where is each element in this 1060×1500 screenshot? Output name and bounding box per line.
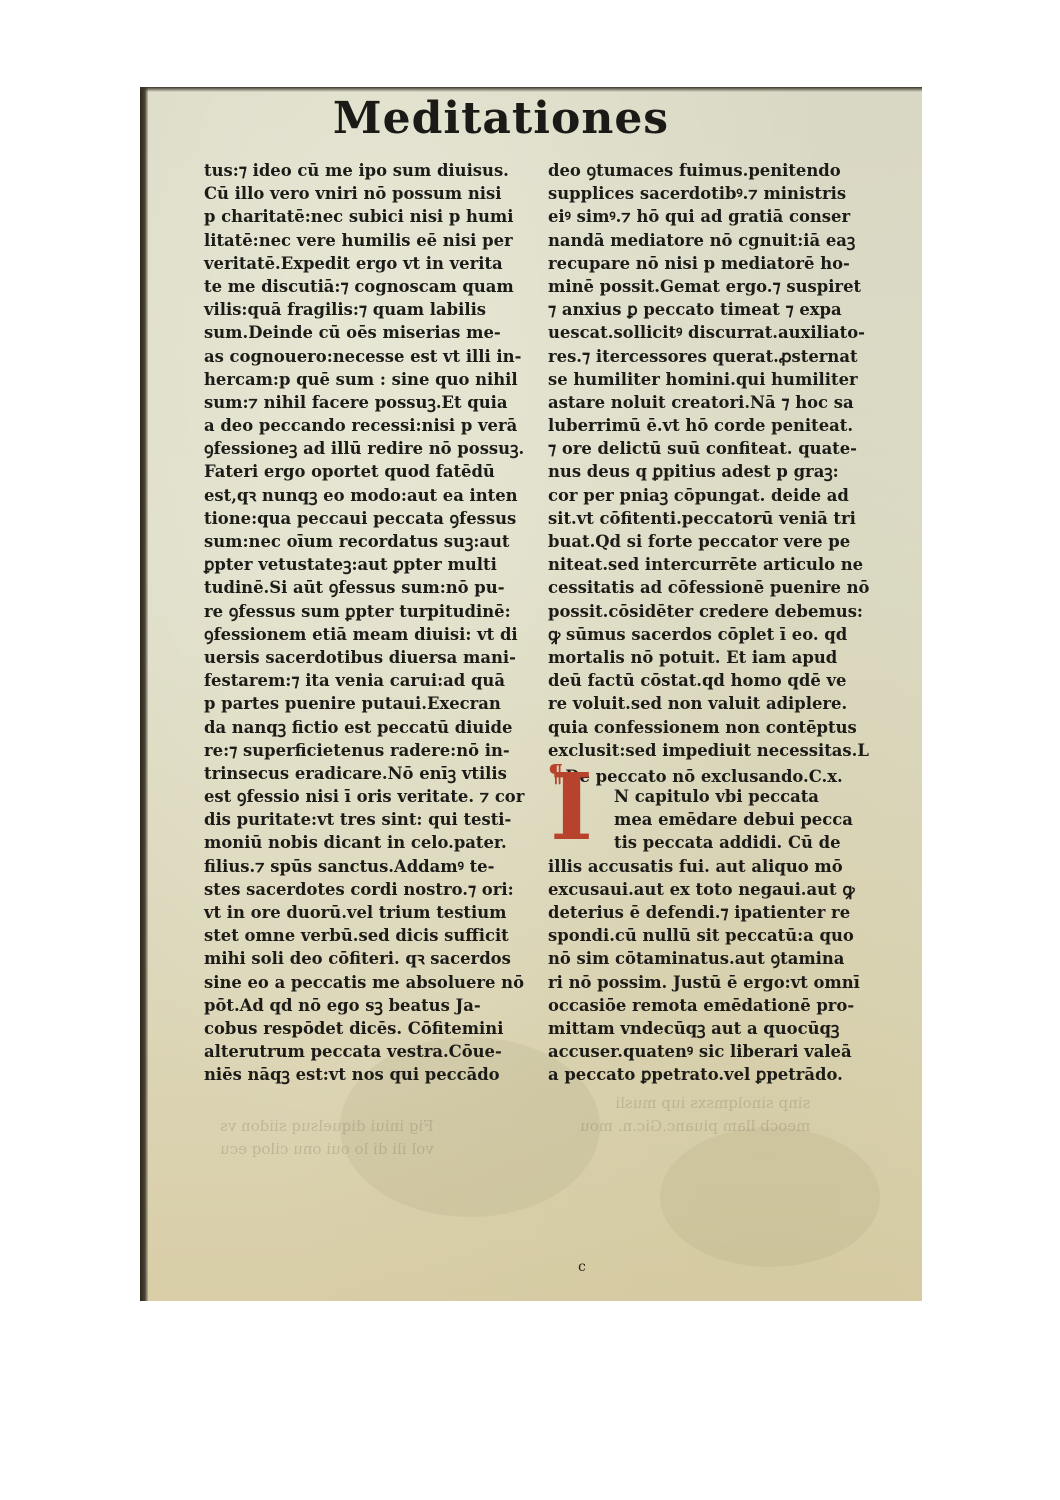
text-line: ⁊ anxius ꝑ peccato timeat ⁊ expa xyxy=(548,298,888,321)
initial-block-lines: N capitulo vbi peccatamea emēdare debui … xyxy=(614,785,888,855)
text-line: trinsecus eradicare.Nō enīꝫ vtilis xyxy=(204,762,544,785)
top-edge-shadow xyxy=(140,87,922,92)
text-line: Fateri ergo oportet quod fatēdū xyxy=(204,460,544,483)
text-line: nō sim cōtaminatus.aut ꝯtamina xyxy=(548,947,888,970)
text-line: filius.⁊ spūs sanctus.Addamꝰ te- xyxy=(204,855,544,878)
right-column-text-after-initial: illis accusatis fui. aut aliquo mōexcusa… xyxy=(548,855,888,1087)
text-line: mittam vndecūqꝫ aut a quocūqꝫ xyxy=(548,1017,888,1040)
right-column-text-before-heading: deo ꝯtumaces fuimus.penitendosupplices s… xyxy=(548,159,888,762)
text-line: eiꝰ simꝰ.⁊ hō qui ad gratiā conser xyxy=(548,205,888,228)
paper-stain xyxy=(660,1127,880,1267)
text-line: cessitatis ad cōfessionē puenire nō xyxy=(548,576,888,599)
text-line: est ꝯfessio nisi ī oris veritate. ⁊ cor xyxy=(204,785,544,808)
text-line: luberrimū ē.vt hō corde peniteat. xyxy=(548,414,888,437)
text-line: tione:qua peccaui peccata ꝯfessus xyxy=(204,507,544,530)
initial-block: I N capitulo vbi peccatamea emēdare debu… xyxy=(548,785,888,855)
scanned-page: Meditationes tus:⁊ ideo cū me ipo sum di… xyxy=(140,87,922,1301)
text-line: tus:⁊ ideo cū me ipo sum diuisus. xyxy=(204,159,544,182)
text-line: meocb llam piuanc.Gic.n. mou xyxy=(580,1115,810,1138)
chapter-heading-text: De peccato nō exclusando.C.x. xyxy=(565,767,842,786)
text-line: vilis:quā fragilis:⁊ quam labilis xyxy=(204,298,544,321)
text-line: illis accusatis fui. aut aliquo mō xyxy=(548,855,888,878)
text-line: accuser.quatenꝰ sic liberari valeā xyxy=(548,1040,888,1063)
bleed-through-right: sinp sinolqmsxs iup muslimeocb llam piua… xyxy=(580,1092,810,1138)
running-title: Meditationes xyxy=(110,93,892,144)
text-line: moniū nobis dicant in celo.pater. xyxy=(204,831,544,854)
text-line: da nanqꝫ fictio est peccatū diuide xyxy=(204,716,544,739)
text-line: sum:⁊ nihil facere possuꝫ.Et quia xyxy=(204,391,544,414)
text-line: vol ili di lo oui onu ciloq ecu xyxy=(220,1138,434,1161)
text-line: mea emēdare debui pecca xyxy=(614,808,888,831)
text-line: dis puritate:vt tres sint: qui testi- xyxy=(204,808,544,831)
chapter-heading: ¶De peccato nō exclusando.C.x. xyxy=(548,762,888,785)
text-line: deo ꝯtumaces fuimus.penitendo xyxy=(548,159,888,182)
text-line: litatē:nec vere humilis eē nisi per xyxy=(204,229,544,252)
text-line: ꝯfessionem etiā meam diuisi: vt di xyxy=(204,623,544,646)
text-line: astare noluit creatori.Nā ⁊ hoc sa xyxy=(548,391,888,414)
text-line: as cognouero:necesse est vt illi in- xyxy=(204,345,544,368)
text-line: quia confessionem non contēptus xyxy=(548,716,888,739)
text-line: N capitulo vbi peccata xyxy=(614,785,888,808)
text-line: res.⁊ itercessores querat.ꝓsternat xyxy=(548,345,888,368)
text-line: possit.cōsidēter credere debemus: xyxy=(548,600,888,623)
text-line: veritatē.Expedit ergo vt in verita xyxy=(204,252,544,275)
text-line: tis peccata addidi. Cū de xyxy=(614,831,888,854)
text-line: deterius ē defendi.⁊ ipatienter re xyxy=(548,901,888,924)
text-line: stet omne verbū.sed dicis sufficit xyxy=(204,924,544,947)
text-line: exclusit:sed impediuit necessitas.L xyxy=(548,739,888,762)
right-column: deo ꝯtumaces fuimus.penitendosupplices s… xyxy=(548,159,888,1087)
text-line: uersis sacerdotibus diuersa mani- xyxy=(204,646,544,669)
text-line: supplices sacerdotibꝰ.⁊ ministris xyxy=(548,182,888,205)
text-line: buat.Qd si forte peccator vere pe xyxy=(548,530,888,553)
text-line: excusaui.aut ex toto negaui.aut ꝙ xyxy=(548,878,888,901)
text-line: mihi soli deo cōfiteri. qꝛ sacerdos xyxy=(204,947,544,970)
text-line: nandā mediatore nō cgnuit:iā eaꝫ xyxy=(548,229,888,252)
text-line: niēs nāqꝫ est:vt nos qui peccādo xyxy=(204,1063,544,1086)
text-line: Fig iniui diquelsuq siidon vs xyxy=(220,1115,434,1138)
text-line: festarem:⁊ ita venia carui:ad quā xyxy=(204,669,544,692)
text-line: sum:nec oīum recordatus suꝫ:aut xyxy=(204,530,544,553)
signature-mark: c xyxy=(578,1259,586,1275)
text-line: se humiliter homini.qui humiliter xyxy=(548,368,888,391)
text-line: est,qꝛ nunqꝫ eo modo:aut ea inten xyxy=(204,484,544,507)
text-line: sum.Deinde cū oēs miserias me- xyxy=(204,321,544,344)
text-line: sinp sinolqmsxs iup musli xyxy=(580,1092,810,1115)
text-line: ⁊ ore delictū suū confiteat. quate- xyxy=(548,437,888,460)
text-line: a deo peccando recessi:nisi p verā xyxy=(204,414,544,437)
text-line: nus deus q ꝑpitius adest p graꝫ: xyxy=(548,460,888,483)
text-line: uescat.sollicitꝰ discurrat.auxiliato- xyxy=(548,321,888,344)
text-line: p charitatē:nec subici nisi p humi xyxy=(204,205,544,228)
text-line: mortalis nō potuit. Et iam apud xyxy=(548,646,888,669)
text-line: p partes puenire putaui.Execran xyxy=(204,692,544,715)
text-line: re:⁊ superficietenus radere:nō in- xyxy=(204,739,544,762)
left-column: tus:⁊ ideo cū me ipo sum diuisus.Cū illo… xyxy=(204,159,544,1087)
text-line: te me discutiā:⁊ cognoscam quam xyxy=(204,275,544,298)
text-line: pōt.Ad qd nō ego sꝫ beatus Ja- xyxy=(204,994,544,1017)
text-line: ꝙ sūmus sacerdos cōplet ī eo. qd xyxy=(548,623,888,646)
text-line: ꝑpter vetustateꝫ:aut ꝑpter multi xyxy=(204,553,544,576)
text-line: Cū illo vero vniri nō possum nisi xyxy=(204,182,544,205)
text-line: recupare nō nisi p mediatorē ho- xyxy=(548,252,888,275)
text-line: niteat.sed intercurrēte articulo ne xyxy=(548,553,888,576)
text-line: vt in ore duorū.vel trium testium xyxy=(204,901,544,924)
text-line: spondi.cū nullū sit peccatū:a quo xyxy=(548,924,888,947)
text-line: ri nō possim. Justū ē ergo:vt omnī xyxy=(548,971,888,994)
text-line: alterutrum peccata vestra.Cōue- xyxy=(204,1040,544,1063)
text-line: stes sacerdotes cordi nostro.⁊ ori: xyxy=(204,878,544,901)
text-line: a peccato ꝑpetrato.vel ꝑpetrādo. xyxy=(548,1063,888,1086)
bleed-through-left: Fig iniui diquelsuq siidon vsvol ili di … xyxy=(220,1115,434,1161)
text-line: re ꝯfessus sum ꝑpter turpitudinē: xyxy=(204,600,544,623)
text-line: tudinē.Si aūt ꝯfessus sum:nō pu- xyxy=(204,576,544,599)
text-line: ꝯfessioneꝫ ad illū redire nō possuꝫ. xyxy=(204,437,544,460)
text-line: sine eo a peccatis me absoluere nō xyxy=(204,971,544,994)
text-line: sit.vt cōfitenti.peccatorū veniā tri xyxy=(548,507,888,530)
text-line: cor per pniaꝫ cōpungat. deide ad xyxy=(548,484,888,507)
binding-edge xyxy=(140,87,148,1301)
text-line: cobus respōdet dicēs. Cōfitemini xyxy=(204,1017,544,1040)
text-line: minē possit.Gemat ergo.⁊ suspiret xyxy=(548,275,888,298)
text-line: occasiōe remota emēdationē pro- xyxy=(548,994,888,1017)
rubricated-initial: I xyxy=(550,761,593,853)
text-line: hercam:p quē sum : sine quo nihil xyxy=(204,368,544,391)
text-line: deū factū cōstat.qd homo qdē ve xyxy=(548,669,888,692)
text-line: re voluit.sed non valuit adiplere. xyxy=(548,692,888,715)
